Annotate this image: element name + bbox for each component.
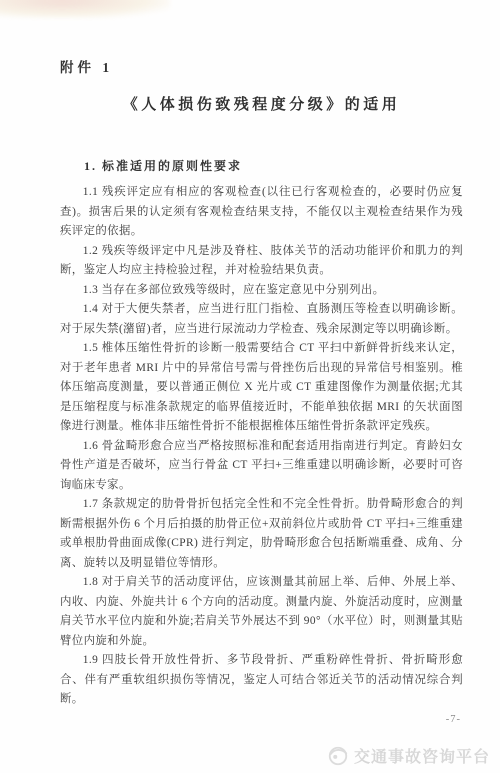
scan-artifact — [0, 0, 170, 18]
paragraph-1-3: 1.3 当存在多部位致残等级时，应在鉴定意见中分别列出。 — [60, 281, 463, 301]
section-heading: 1. 标准适用的原则性要求 — [60, 157, 463, 174]
attachment-label: 附件 1 — [60, 56, 463, 76]
paragraph-1-1: 1.1 残疾评定应有相应的客观检查(以往已行客观检查的，必要时仍应复查)。损害后… — [60, 183, 463, 242]
footer-brand-text: 交通事故咨询平台 — [354, 744, 490, 767]
paragraph-1-8: 1.8 对于肩关节的活动度评估，应该测量其前屈上举、后伸、外展上举、内收、内旋、… — [60, 573, 463, 651]
paragraph-list: 1.1 残疾评定应有相应的客观检查(以往已行客观检查的，必要时仍应复查)。损害后… — [60, 183, 463, 710]
paragraph-1-2: 1.2 残疾等级评定中凡是涉及脊柱、肢体关节的活动功能评价和肌力的判断，鉴定人均… — [60, 242, 463, 281]
document-title: 《人体损伤致残程度分级》的适用 — [60, 93, 463, 114]
paragraph-1-5: 1.5 椎体压缩性骨折的诊断一般需要结合 CT 平扫中新鲜骨折线来认定，对于老年… — [60, 339, 463, 437]
document-page: 附件 1 《人体损伤致残程度分级》的适用 1. 标准适用的原则性要求 1.1 残… — [60, 56, 463, 725]
paragraph-1-9: 1.9 四肢长骨开放性骨折、多节段骨折、严重粉碎性骨折、骨折畸形愈合、伴有严重软… — [60, 651, 463, 710]
paragraph-1-7: 1.7 条款规定的肋骨骨折包括完全性和不完全性骨折。肋骨畸形愈合的判断需根据外伤… — [60, 495, 463, 573]
paragraph-1-4: 1.4 对于大便失禁者，应当进行肛门指检、直肠测压等检查以明确诊断。对于尿失禁(… — [60, 300, 463, 339]
paragraph-1-6: 1.6 骨盆畸形愈合应当严格按照标准和配套适用指南进行判定。育龄妇女骨性产道是否… — [60, 437, 463, 496]
page-number: -7- — [60, 714, 463, 725]
platform-logo-icon — [327, 745, 349, 767]
footer-brand: 交通事故咨询平台 — [327, 744, 490, 767]
